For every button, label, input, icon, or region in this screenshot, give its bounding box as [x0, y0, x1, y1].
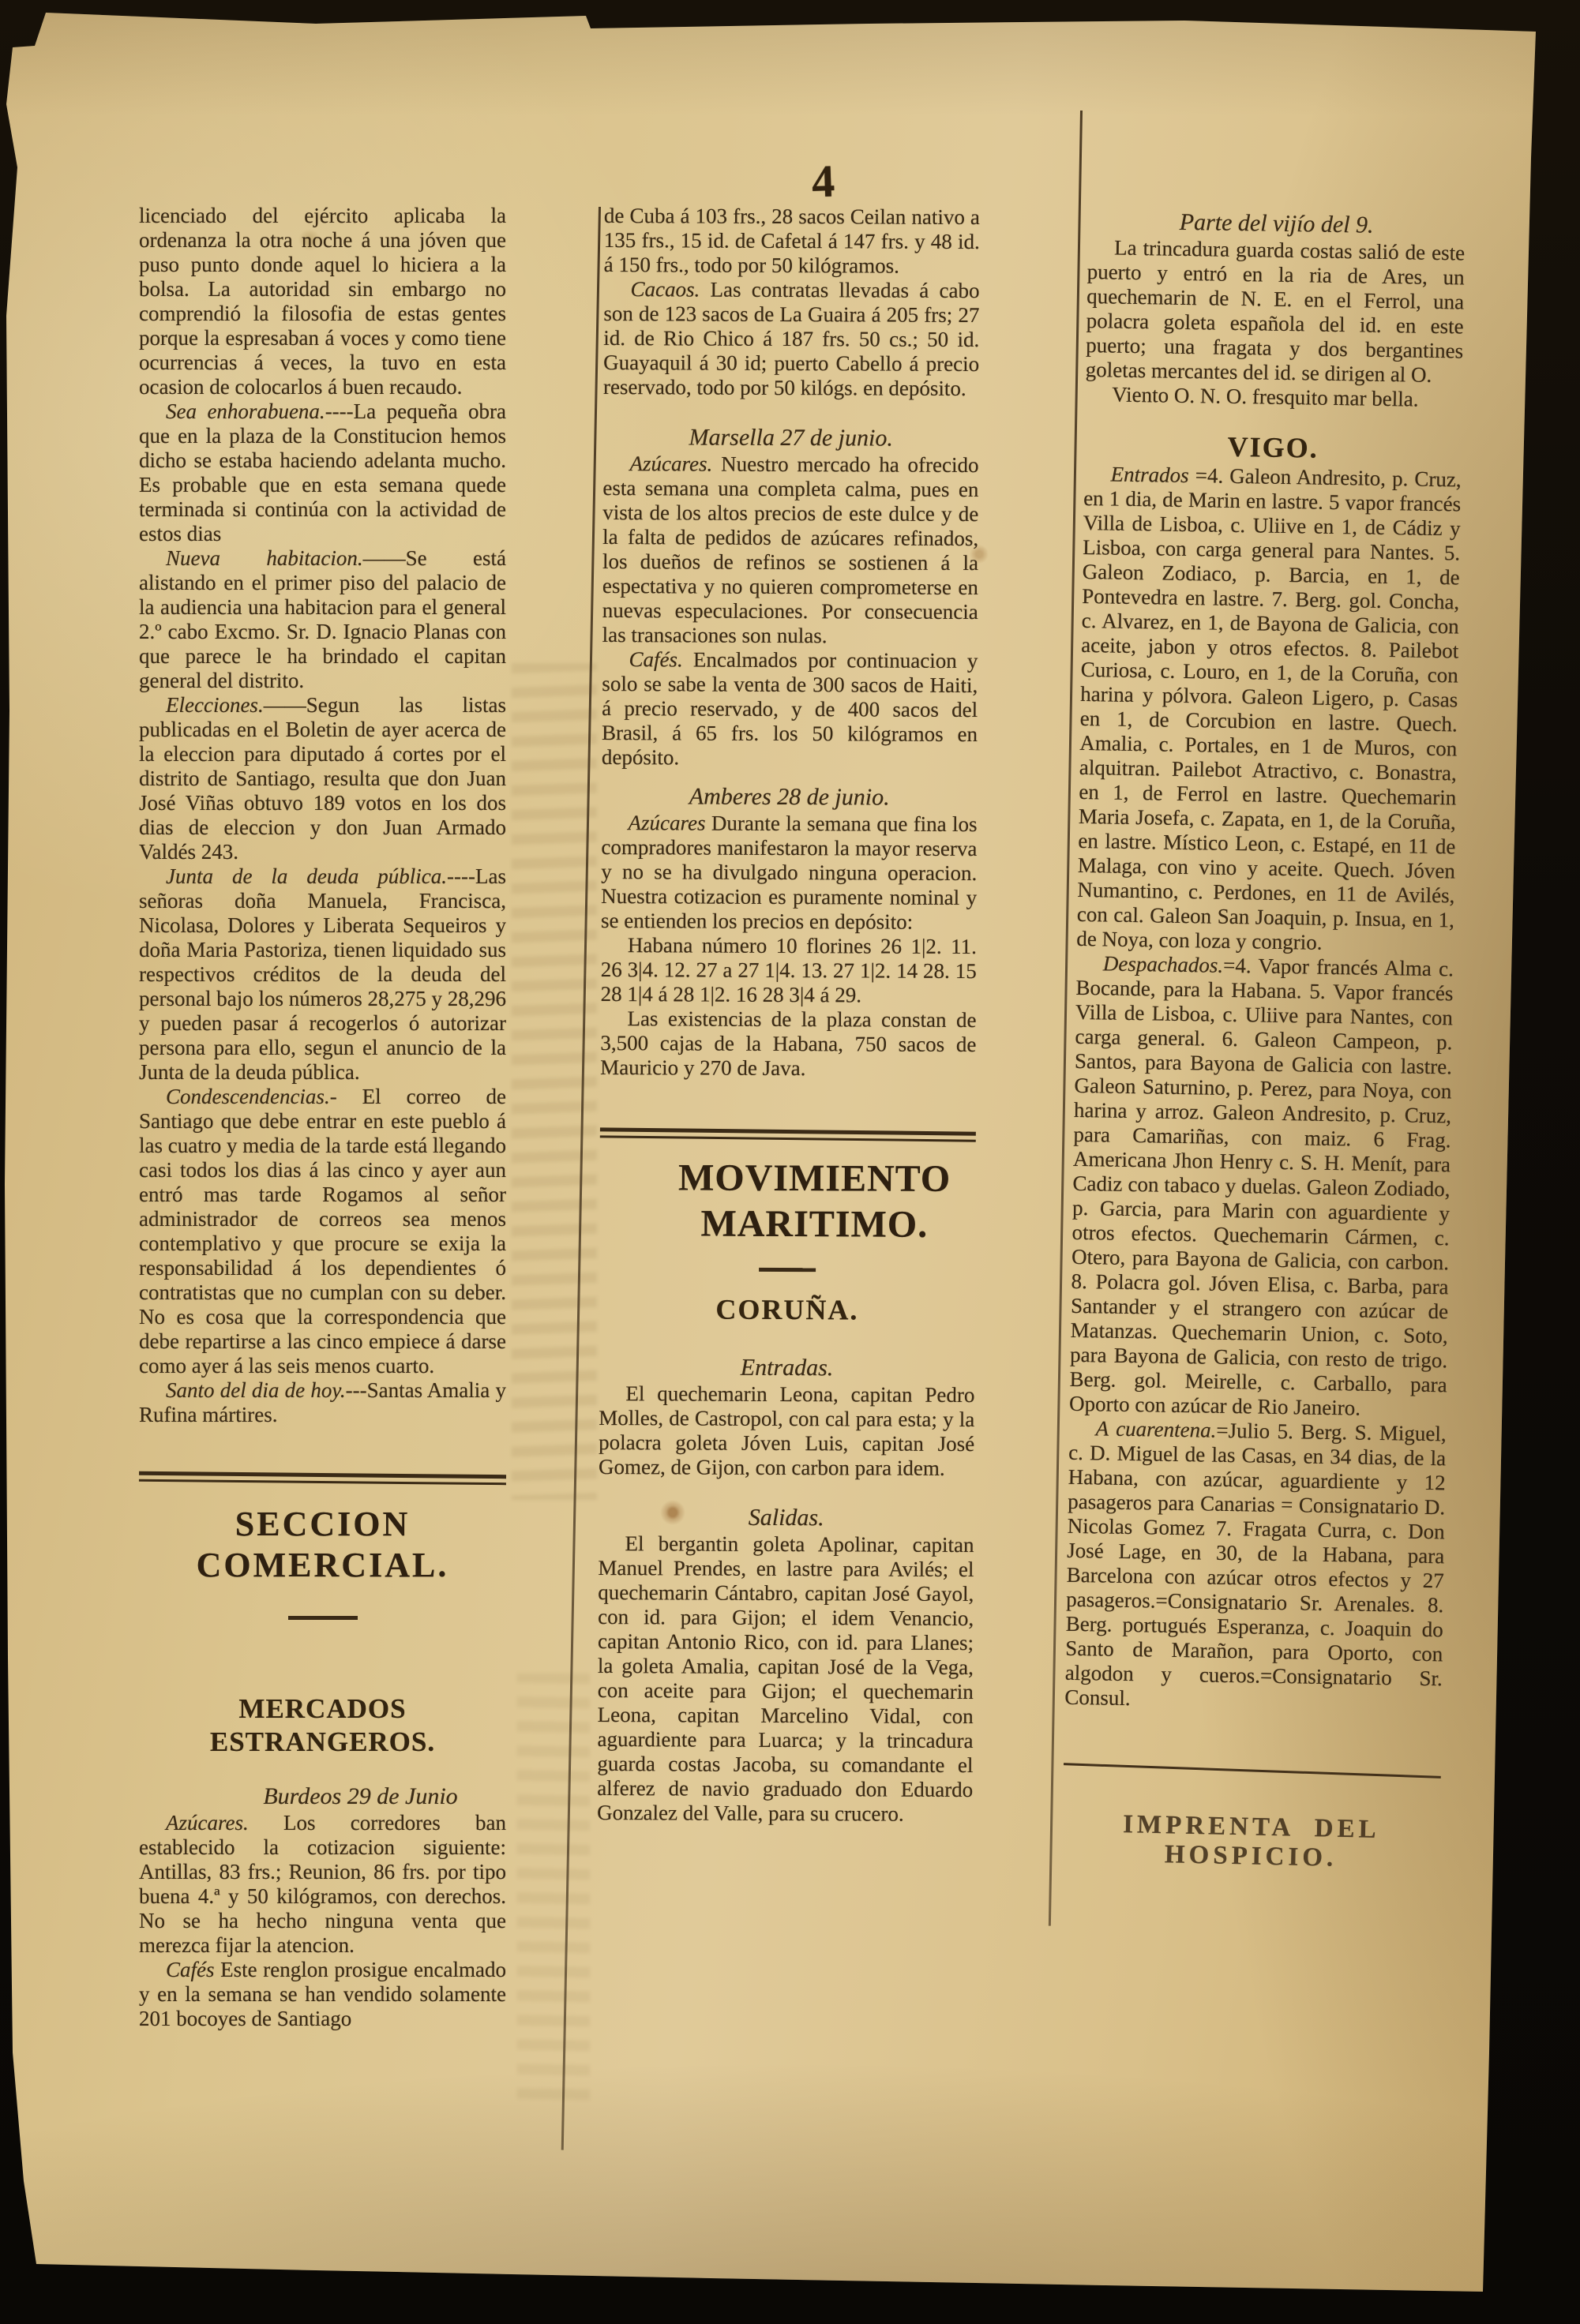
paragraph-lead: Cafés. [629, 647, 682, 671]
section-title-commercial: SECCION COMERCIAL. [139, 1504, 506, 1586]
section-title-maritimo: MOVIMIENTO MARITIMO. [610, 1155, 1019, 1248]
news-paragraph: Nueva habitacion.——Se está alistando en … [139, 546, 506, 693]
paragraph-text: La trincadura guarda costas salió de est… [1086, 236, 1466, 387]
subsection-title-mercados: MERCADOS ESTRANGEROS. [139, 1692, 506, 1759]
paragraph-lead: Sea enhorabuena. [166, 399, 325, 423]
paragraph-text: Las existencias de la plaza constan de 3… [600, 1006, 976, 1080]
paragraph-text: Nuestro mercado ha ofrecido esta semana … [602, 452, 979, 648]
newspaper-scan: 4 licenciado del ejército aplicaba la or… [0, 0, 1580, 2324]
news-paragraph: Las existencias de la plaza constan de 3… [600, 1006, 976, 1081]
paragraph-lead: Azúcares [629, 811, 706, 834]
news-paragraph: Cacaos. Las contratas llevadas á cabo so… [603, 277, 980, 401]
paragraph-lead: Azúcares. [629, 452, 712, 475]
paragraph-lead: Nueva habitacion. [166, 546, 363, 570]
news-paragraph: Azúcares. Los corredores ban establecido… [139, 1811, 506, 1958]
column-right: Parte del vijío del 9. La trincadura gua… [1062, 207, 1466, 1874]
column-middle: de Cuba á 103 frs., 28 sacos Ceilan nati… [597, 204, 980, 1827]
news-paragraph: Junta de la deuda pública.----Las señora… [139, 864, 506, 1085]
column-left: licenciado del ejército aplicaba la orde… [139, 204, 506, 2031]
news-paragraph: El bergantin goleta Apolinar, capitan Ma… [597, 1531, 974, 1827]
dateline-amberes: Amberes 28 de junio. [602, 782, 978, 812]
news-paragraph: Sea enhorabuena.----La pequeña obra que … [139, 399, 506, 546]
news-paragraph: La trincadura guarda costas salió de est… [1086, 235, 1466, 388]
news-paragraph: de Cuba á 103 frs., 28 sacos Ceilan nati… [604, 204, 980, 279]
paragraph-lead: Cacaos. [630, 277, 700, 301]
news-paragraph: Entrados =4. Galeon Andresito, p. Cruz, … [1076, 462, 1462, 957]
paragraph-lead: Azúcares. [166, 1811, 249, 1835]
paragraph-lead: Cafés [166, 1958, 215, 1981]
double-rule [600, 1127, 976, 1141]
short-rule [759, 1268, 816, 1272]
paragraph-text: - El correo de Santiago que debe entrar … [139, 1085, 506, 1378]
paragraph-text: de Cuba á 103 frs., 28 sacos Ceilan nati… [604, 204, 980, 278]
paragraph-text: licenciado del ejército aplicaba la orde… [139, 204, 506, 399]
paragraph-lead: Elecciones. [166, 693, 264, 717]
end-rule [1064, 1763, 1441, 1779]
news-paragraph: Cafés. Encalmados por continuacion y sol… [602, 647, 978, 771]
news-paragraph: Azúcares Durante la semana que fina los … [601, 811, 978, 935]
news-paragraph: Azúcares. Nuestro mercado ha ofrecido es… [602, 452, 979, 649]
entradas-label: Entradas. [599, 1353, 974, 1383]
salidas-label: Salidas. [599, 1503, 974, 1533]
news-paragraph: Habana número 10 florines 26 1|2. 11. 26… [601, 933, 977, 1008]
paragraph-text: El bergantin goleta Apolinar, capitan Ma… [597, 1531, 974, 1826]
news-paragraph: Santo del dia de hoy.---Santas Amalia y … [139, 1378, 506, 1427]
port-title-vigo: VIGO. [1084, 427, 1462, 468]
news-paragraph: Condescendencias.- El correo de Santiago… [139, 1085, 506, 1378]
news-paragraph: Cafés Este renglon prosigue encalmado y … [139, 1958, 506, 2031]
page-number: 4 [811, 155, 835, 208]
paragraph-text: =4. Vapor francés Alma c. Bocande, para … [1069, 954, 1454, 1420]
paragraph-text: El quechemarin Leona, capitan Pedro Moll… [599, 1381, 975, 1480]
paragraph-lead: Entrados [1110, 462, 1188, 487]
paragraph-lead: Condescendencias. [166, 1085, 330, 1108]
paragraph-text: =4. Galeon Andresito, p. Cruz, en 1 dia,… [1076, 463, 1462, 954]
short-rule [288, 1616, 358, 1620]
paragraph-lead: Junta de la deuda pública. [166, 864, 447, 888]
paragraph-text: Viento O. N. O. fresquito mar bella. [1112, 383, 1419, 411]
news-paragraph: Elecciones.——Segun las listas publicadas… [139, 693, 506, 864]
paragraph-text: ——Segun las listas publicadas en el Bole… [139, 693, 506, 864]
news-paragraph: Viento O. N. O. fresquito mar bella. [1085, 382, 1462, 413]
dateline-marsella: Marsella 27 de junio. [603, 423, 979, 453]
news-paragraph: El quechemarin Leona, capitan Pedro Moll… [599, 1381, 975, 1481]
paragraph-text: Habana número 10 florines 26 1|2. 11. 26… [601, 933, 977, 1006]
imprint-line: IMPRENTA DEL HOSPICIO. [1062, 1809, 1440, 1876]
news-paragraph: A cuarentena.=Julio 5. Berg. S. Miguel, … [1064, 1416, 1447, 1715]
paragraph-text: ----Las señoras doña Manuela, Francisca,… [139, 864, 506, 1084]
paragraph-text: =Julio 5. Berg. S. Miguel, c. D. Miguel … [1064, 1419, 1447, 1710]
dateline-burdeos: Burdeos 29 de Junio [215, 1782, 506, 1811]
port-title-coruna: CORUÑA. [599, 1291, 975, 1328]
paragraph-lead: Santo del dia de hoy. [166, 1378, 346, 1402]
paragraph-lead: A cuarentena. [1095, 1416, 1216, 1441]
paragraph-lead: Despachados. [1103, 951, 1224, 976]
double-rule [139, 1471, 506, 1485]
news-paragraph: licenciado del ejército aplicaba la orde… [139, 204, 506, 399]
news-paragraph: Despachados.=4. Vapor francés Alma c. Bo… [1069, 951, 1454, 1422]
